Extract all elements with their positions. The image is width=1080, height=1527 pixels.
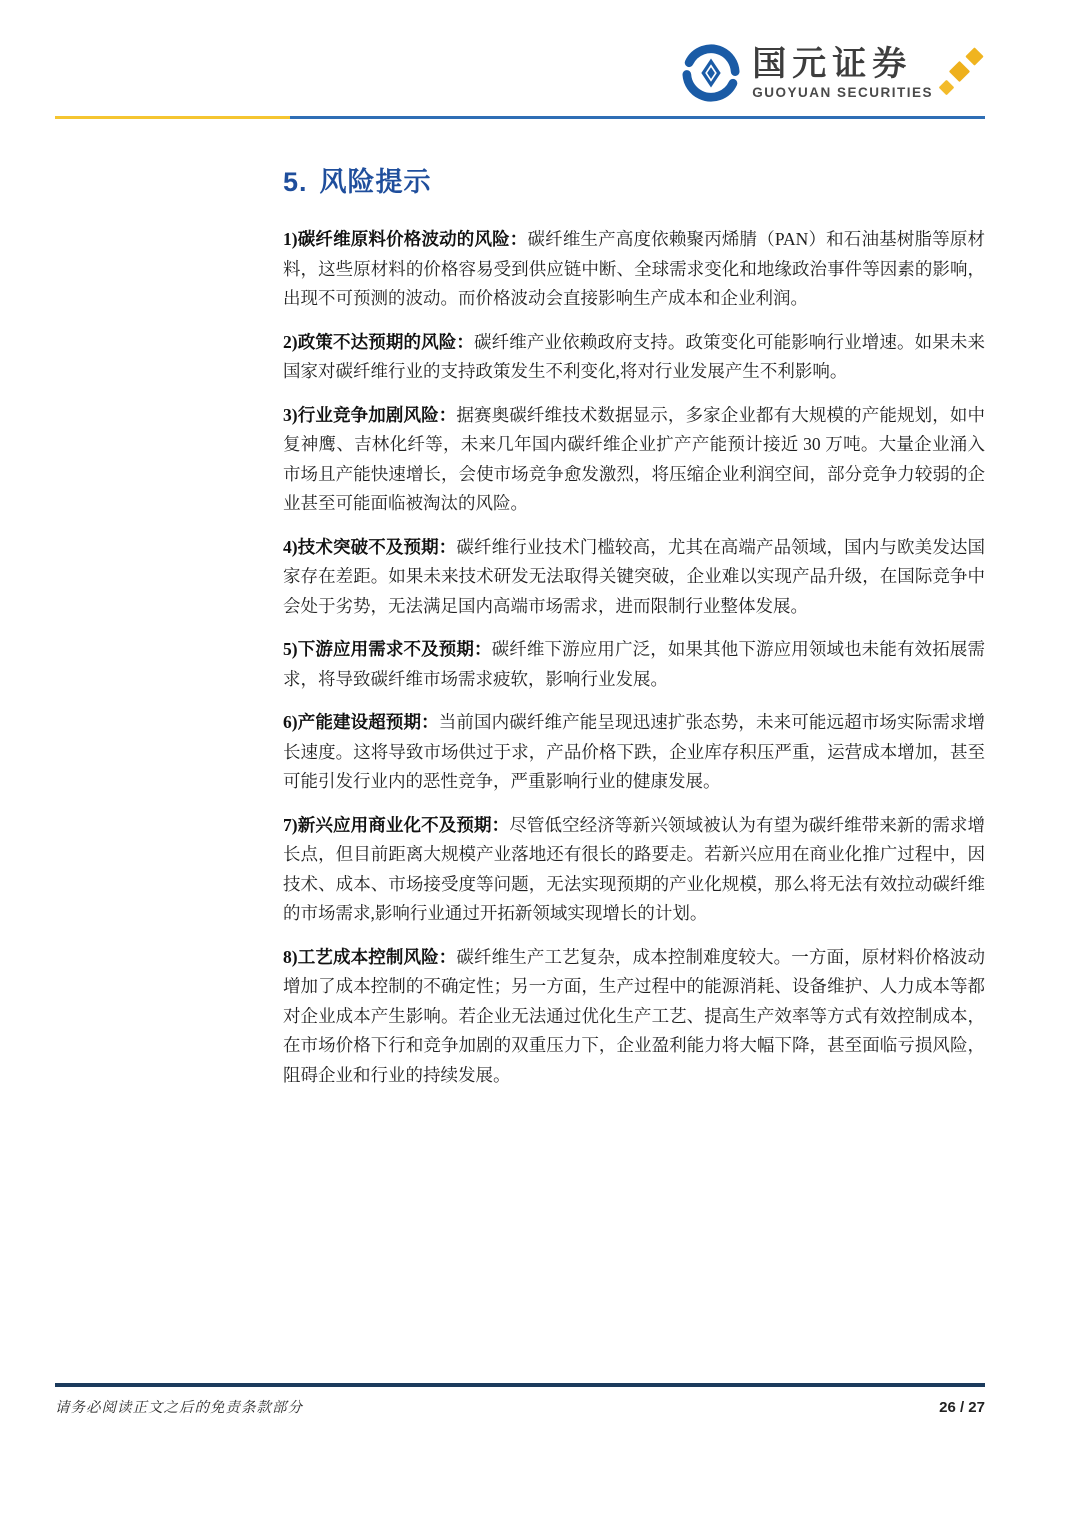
page-footer: 请务必阅读正文之后的免责条款部分 26 / 27 <box>55 1396 985 1417</box>
risk-label-1: 1)碳纤维原料价格波动的风险： <box>283 229 527 249</box>
section-title: 风险提示 <box>320 167 432 197</box>
risk-paragraph-6: 6)产能建设超预期：当前国内碳纤维产能呈现迅速扩张态势，未来可能远超市场实际需求… <box>283 708 985 797</box>
risk-label-4: 4)技术突破不及预期： <box>283 537 456 557</box>
risk-label-6: 6)产能建设超预期： <box>283 712 439 732</box>
risk-label-8: 8)工艺成本控制风险： <box>283 947 456 967</box>
gold-diamonds-icon <box>939 42 985 100</box>
company-logo: 国元证券 GUOYUAN SECURITIES <box>680 42 985 104</box>
header-divider-blue <box>290 116 985 119</box>
risk-label-7: 7)新兴应用商业化不及预期： <box>283 815 509 835</box>
logo-chinese-name: 国元证券 <box>752 46 933 83</box>
section-number: 5. <box>283 167 308 197</box>
page-number: 26 / 27 <box>939 1399 985 1416</box>
page-header: 国元证券 GUOYUAN SECURITIES <box>0 0 1080 120</box>
header-divider <box>55 116 985 119</box>
risk-paragraph-1: 1)碳纤维原料价格波动的风险：碳纤维生产高度依赖聚丙烯腈（PAN）和石油基树脂等… <box>283 225 985 314</box>
risk-label-5: 5)下游应用需求不及预期： <box>283 639 492 659</box>
report-body: 5.风险提示 1)碳纤维原料价格波动的风险：碳纤维生产高度依赖聚丙烯腈（PAN）… <box>283 160 985 1104</box>
footer-divider <box>55 1383 985 1387</box>
guoyuan-emblem-icon <box>680 42 742 104</box>
risk-paragraph-8: 8)工艺成本控制风险：碳纤维生产工艺复杂，成本控制难度较大。一方面，原材料价格波… <box>283 943 985 1091</box>
risk-paragraph-3: 3)行业竞争加剧风险：据赛奥碳纤维技术数据显示，多家企业都有大规模的产能规划，如… <box>283 401 985 519</box>
risk-paragraph-2: 2)政策不达预期的风险：碳纤维产业依赖政府支持。政策变化可能影响行业增速。如果未… <box>283 328 985 387</box>
logo-english-name: GUOYUAN SECURITIES <box>752 85 933 100</box>
logo-names: 国元证券 GUOYUAN SECURITIES <box>752 46 933 100</box>
risk-paragraph-7: 7)新兴应用商业化不及预期：尽管低空经济等新兴领域被认为有望为碳纤维带来新的需求… <box>283 811 985 929</box>
footer-disclaimer: 请务必阅读正文之后的免责条款部分 <box>55 1396 303 1417</box>
risk-paragraph-5: 5)下游应用需求不及预期：碳纤维下游应用广泛，如果其他下游应用领域也未能有效拓展… <box>283 635 985 694</box>
risk-text-8: 碳纤维生产工艺复杂，成本控制难度较大。一方面，原材料价格波动增加了成本控制的不确… <box>283 947 985 1085</box>
section-heading: 5.风险提示 <box>283 160 985 199</box>
risk-label-2: 2)政策不达预期的风险： <box>283 332 474 352</box>
risk-label-3: 3)行业竞争加剧风险： <box>283 405 456 425</box>
risk-paragraph-4: 4)技术突破不及预期：碳纤维行业技术门槛较高，尤其在高端产品领域，国内与欧美发达… <box>283 533 985 622</box>
header-divider-yellow <box>55 116 290 119</box>
